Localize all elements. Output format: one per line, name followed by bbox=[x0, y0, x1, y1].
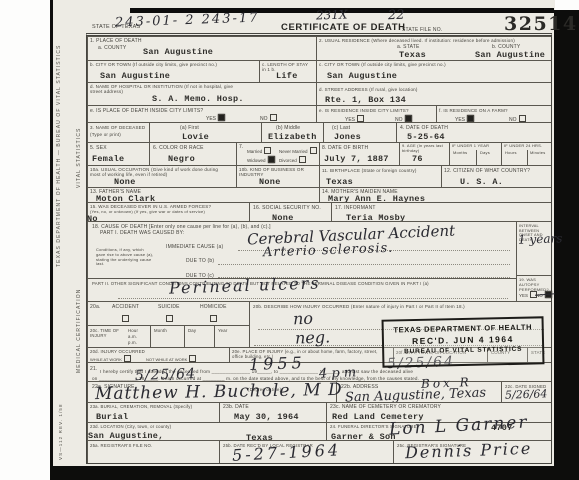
injury-20a-label: 20a. bbox=[90, 304, 101, 310]
divorced-text: Divorced bbox=[279, 158, 297, 163]
place-county-value: San Augustine bbox=[143, 47, 213, 57]
dotted-line bbox=[118, 298, 508, 299]
date-of-death-cell: 4. DATE OF DEATH 5-25-64 bbox=[396, 122, 551, 142]
while-at-work-checkbox bbox=[124, 355, 131, 362]
place-limits-no-option: NO bbox=[260, 114, 277, 122]
middle-name-label: (b) Middle bbox=[276, 125, 300, 131]
margin-medical-certification-text: MEDICAL CERTIFICATION bbox=[76, 258, 82, 373]
residence-city-limits-cell: e. IS RESIDENCE INSIDE CITY LIMITS? YES … bbox=[316, 105, 436, 122]
residence-limits-yes-checkbox bbox=[357, 115, 364, 122]
length-of-stay-cell: c. LENGTH OF STAY in 1 b. Life bbox=[259, 60, 316, 82]
residence-city-cell: c. CITY OR TOWN (If outside city limits,… bbox=[316, 60, 551, 82]
place-limits-no-checkbox bbox=[270, 114, 277, 121]
place-city-value: San Augustine bbox=[100, 71, 170, 81]
ssn-cell: 16. SOCIAL SECURITY NO. None bbox=[249, 202, 331, 221]
first-name-label: (a) First bbox=[180, 125, 199, 131]
residence-farm-no-checkbox bbox=[519, 115, 526, 122]
mother-name-cell: 14. MOTHER'S MAIDEN NAME Mary Ann E. Hay… bbox=[319, 187, 551, 202]
burial-type-cell: 23a. BURIAL, CREMATION, REMOVAL (Specify… bbox=[87, 402, 219, 422]
certificate-title: CERTIFICATE OF DEATH bbox=[281, 22, 406, 33]
how-injury-label: 20b. DESCRIBE HOW INJURY OCCURRED (Enter… bbox=[253, 304, 465, 309]
burial-date-label: 23b. DATE bbox=[223, 404, 249, 410]
interval-value: 1 years bbox=[518, 231, 563, 247]
cemetery-label: 23c. NAME OF CEMETERY OR CREMATORY bbox=[330, 404, 441, 410]
scanned-death-certificate: TEXAS DEPARTMENT OF HEALTH — BUREAU OF V… bbox=[0, 0, 579, 480]
widowed-text: Widowed bbox=[247, 158, 266, 163]
industry-value: None bbox=[259, 177, 281, 187]
date-signed-value: 5/26/64 bbox=[505, 387, 548, 401]
under-24-hrs-label: IF UNDER 24 HRS. bbox=[504, 144, 542, 149]
state-file-number: 32514 bbox=[504, 13, 578, 35]
married-checkbox bbox=[264, 147, 271, 154]
marital-label: 7. bbox=[239, 144, 244, 150]
place-city-limits-cell: e. IS PLACE OF DEATH INSIDE CITY LIMITS?… bbox=[87, 105, 316, 122]
sex-cell: 5. SEX Female bbox=[87, 142, 149, 165]
place-of-death-cell: 1. PLACE OF DEATH a. COUNTY San Augustin… bbox=[87, 36, 316, 60]
citizen-value: U. S. A. bbox=[460, 177, 503, 187]
stamp-line-2: REC'D. JUN 4 1964 bbox=[384, 333, 542, 346]
burial-date-cell: 23b. DATE May 30, 1964 bbox=[219, 402, 326, 422]
date-of-death-value: 5-25-64 bbox=[407, 132, 445, 142]
handwritten-note-1: 231X bbox=[316, 7, 348, 22]
under-24-hrs-cell: IF UNDER 24 HRS. Hours Minutes bbox=[501, 142, 551, 165]
immediate-cause-label: IMMEDIATE CAUSE (a) bbox=[166, 244, 223, 250]
occupation-cell: 10a. USUAL OCCUPATION (Give kind of work… bbox=[87, 165, 236, 187]
occupation-value: None bbox=[114, 177, 136, 187]
last-name-value: Jones bbox=[334, 132, 361, 142]
handwritten-note-2: 22 bbox=[388, 8, 405, 24]
injury-occurred-label: 20d. INJURY OCCURRED bbox=[90, 349, 145, 354]
accident-checkbox bbox=[122, 315, 129, 322]
marital-married-option: Married bbox=[247, 147, 271, 154]
birthplace-label: 11. BIRTHPLACE (State or foreign country… bbox=[322, 168, 417, 173]
yes-text: YES bbox=[519, 293, 528, 298]
residence-farm-yes-checkbox bbox=[467, 115, 474, 122]
citizen-label: 12. CITIZEN OF WHAT COUNTRY? bbox=[444, 168, 530, 174]
certification-number: 21. bbox=[90, 366, 98, 372]
place-limits-label: e. IS PLACE OF DEATH INSIDE CITY LIMITS? bbox=[90, 108, 203, 114]
place-city-label: b. CITY OR TOWN (If outside city limits,… bbox=[90, 62, 217, 67]
race-cell: 6. COLOR OR RACE Negro bbox=[149, 142, 236, 165]
last-name-label: (c) Last bbox=[332, 125, 350, 131]
occupation-label: 10a. USUAL OCCUPATION (Give kind of work… bbox=[90, 167, 230, 178]
name-section-sub: (Type or print) bbox=[90, 132, 121, 137]
attended-from-value: 1955 bbox=[249, 353, 306, 374]
while-at-work-option: WHILE AT WORK bbox=[90, 355, 131, 362]
under-1-year-cell: IF UNDER 1 YEAR Months Days bbox=[449, 142, 501, 165]
due-to-b-label: DUE TO (b) bbox=[186, 258, 214, 264]
ssn-label: 16. SOCIAL SECURITY NO. bbox=[253, 205, 321, 211]
length-of-stay-value: Life bbox=[276, 71, 298, 81]
usual-residence-cell: 2. USUAL RESIDENCE (Where deceased lived… bbox=[316, 36, 551, 60]
pm-label: p.m. bbox=[128, 340, 137, 345]
place-limits-yes-checkbox bbox=[218, 114, 225, 121]
widowed-checkbox bbox=[268, 156, 275, 163]
place-county-label: a. COUNTY bbox=[98, 45, 126, 51]
injury-manner-cell: 20a. ACCIDENT SUICIDE HOMICIDE bbox=[87, 301, 249, 325]
race-label: 6. COLOR OR RACE bbox=[153, 145, 204, 151]
birthplace-value: Texas bbox=[326, 177, 353, 187]
suicide-checkbox bbox=[166, 315, 173, 322]
place-city-cell: b. CITY OR TOWN (If outside city limits,… bbox=[87, 60, 259, 82]
middle-name-cell: (b) Middle Elizabeth bbox=[261, 122, 323, 142]
divider bbox=[214, 326, 215, 347]
sex-value: Female bbox=[92, 154, 124, 164]
residence-section-label: 2. USUAL RESIDENCE (Where deceased lived… bbox=[319, 38, 515, 43]
residence-county-value: San Augustine bbox=[475, 50, 545, 60]
certificate-form: 1. PLACE OF DEATH a. COUNTY San Augustin… bbox=[86, 33, 552, 464]
stamp-line-1: TEXAS DEPARTMENT OF HEALTH bbox=[384, 322, 542, 334]
divider bbox=[476, 150, 477, 165]
street-address-value: Rte. 1, Box 134 bbox=[325, 95, 406, 105]
year-label: Year bbox=[218, 328, 227, 333]
residence-state-value: Texas bbox=[399, 50, 426, 60]
marital-divorced-option: Divorced bbox=[279, 156, 306, 163]
armed-forces-sub-label: (Yes, no, or unknown) (If yes, give war … bbox=[90, 210, 205, 215]
hospital-cell: d. NAME OF HOSPITAL OR INSTITUTION (If n… bbox=[87, 82, 316, 105]
divider bbox=[527, 150, 528, 165]
hour-label: Hour bbox=[128, 328, 138, 333]
stamp-line-3: BUREAU OF VITAL STATISTICS bbox=[384, 345, 542, 355]
time-of-injury-cell: 20c. TIME OF INJURY Hour a.m. p.m. Month… bbox=[87, 325, 249, 347]
birthplace-cell: 11. BIRTHPLACE (State or foreign country… bbox=[319, 165, 441, 187]
autopsy-cell: 19. WAS AUTOPSY PERFORMED? YES NO bbox=[516, 275, 551, 301]
married-text: Married bbox=[247, 149, 262, 154]
scan-edge-bottom bbox=[50, 466, 579, 480]
month-label: Month bbox=[154, 328, 167, 333]
name-label-cell: 3. NAME OF DECEASED (Type or print) bbox=[87, 122, 149, 142]
conditions-note: Conditions, if any, which gave rise to a… bbox=[96, 248, 154, 267]
citizen-cell: 12. CITIZEN OF WHAT COUNTRY? U. S. A. bbox=[441, 165, 551, 187]
father-name-cell: 13. FATHER'S NAME Moton Clark bbox=[87, 187, 319, 202]
homicide-label: HOMICIDE bbox=[200, 304, 227, 310]
under-1-year-label: IF UNDER 1 YEAR bbox=[452, 144, 489, 149]
registrar-file-label: 25a. REGISTRAR'S FILE NO. bbox=[90, 443, 152, 448]
not-while-at-work-checkbox bbox=[189, 355, 196, 362]
am-label: a.m. bbox=[128, 334, 137, 339]
date-of-death-label: 4. DATE OF DEATH bbox=[400, 125, 448, 131]
margin-vital-statistics-text: VITAL STATISTICS bbox=[76, 88, 82, 188]
residence-farm-label: f. IS RESIDENCE ON A FARM? bbox=[439, 108, 508, 113]
place-limits-yes-option: YES bbox=[206, 114, 225, 122]
days-label: Days bbox=[480, 151, 490, 156]
hours-label: Hours bbox=[505, 151, 517, 156]
never-married-checkbox bbox=[310, 147, 317, 154]
age-value: 76 bbox=[412, 154, 423, 164]
middle-name-value: Elizabeth bbox=[268, 132, 317, 142]
never-married-text: Never Married bbox=[279, 149, 308, 154]
age-cell: 9. AGE (In years last birthday) 76 bbox=[399, 142, 449, 165]
accident-label: ACCIDENT bbox=[112, 304, 139, 310]
minutes-label: Minutes bbox=[530, 151, 545, 156]
cause-part1-label: PART I. DEATH WAS CAUSED BY: bbox=[100, 230, 185, 236]
divider bbox=[150, 326, 151, 347]
sex-label: 5. SEX bbox=[90, 145, 107, 151]
hospital-value: S. A. Memo. Hosp. bbox=[152, 94, 244, 104]
residence-city-label: c. CITY OR TOWN (If outside city limits,… bbox=[319, 62, 446, 67]
residence-limits-no-checkbox bbox=[405, 115, 412, 122]
interval-cell: INTERVAL BETWEEN ONSET AND DEATH bbox=[516, 221, 551, 275]
margin-form-number: VS—112 REV. 1/58 bbox=[58, 400, 63, 460]
day-label: Day bbox=[188, 328, 196, 333]
name-section-label: 3. NAME OF DECEASED bbox=[90, 125, 145, 130]
suicide-label: SUICIDE bbox=[158, 304, 180, 310]
margin-department-text: TEXAS DEPARTMENT OF HEALTH — BUREAU OF V… bbox=[56, 42, 62, 267]
first-name-value: Lovie bbox=[182, 132, 209, 142]
registrar-file-cell: 25a. REGISTRAR'S FILE NO. bbox=[87, 440, 219, 463]
how-injury-value-2: neg. bbox=[295, 327, 331, 347]
burial-location-label: 23d. LOCATION (City, town, or county) bbox=[90, 424, 171, 429]
last-name-cell: (c) Last Jones bbox=[323, 122, 396, 142]
race-value: Negro bbox=[168, 154, 195, 164]
residence-farm-cell: f. IS RESIDENCE ON A FARM? YES NO bbox=[436, 105, 551, 122]
received-stamp: TEXAS DEPARTMENT OF HEALTH REC'D. JUN 4 … bbox=[382, 316, 545, 367]
informant-label: 17. INFORMANT bbox=[335, 205, 376, 211]
residence-city-value: San Augustine bbox=[327, 71, 397, 81]
residence-limits-label: e. IS RESIDENCE INSIDE CITY LIMITS? bbox=[319, 108, 409, 113]
date-of-birth-cell: 8. DATE OF BIRTH July 7, 1887 bbox=[319, 142, 399, 165]
scan-edge-left bbox=[50, 0, 53, 466]
date-of-birth-label: 8. DATE OF BIRTH bbox=[322, 145, 368, 151]
homicide-checkbox bbox=[210, 315, 217, 322]
street-address-label: d. STREET ADDRESS (If rural, give locati… bbox=[319, 87, 418, 92]
divorced-checkbox bbox=[299, 156, 306, 163]
not-while-at-work-option: NOT WHILE AT WORK bbox=[146, 355, 196, 362]
industry-cell: 10b. KIND OF BUSINESS OR INDUSTRY None bbox=[236, 165, 319, 187]
dotted-line bbox=[218, 264, 510, 265]
burial-type-value: Burial bbox=[96, 412, 128, 422]
marital-widowed-option: Widowed bbox=[247, 156, 275, 163]
informant-cell: 17. INFORMANT Teria Mosby bbox=[331, 202, 551, 221]
how-injury-value-1: no bbox=[293, 309, 314, 329]
burial-date-value: May 30, 1964 bbox=[234, 412, 299, 422]
street-address-cell: d. STREET ADDRESS (If rural, give locati… bbox=[316, 82, 551, 105]
time-of-injury-label: 20c. TIME OF INJURY bbox=[90, 328, 124, 338]
armed-forces-cell: 15. WAS DECEASED EVER IN U.S. ARMED FORC… bbox=[87, 202, 249, 221]
marital-never-option: Never Married bbox=[279, 147, 317, 154]
burial-type-label: 23a. BURIAL, CREMATION, REMOVAL (Specify… bbox=[90, 404, 192, 409]
first-name-cell: (a) First Lovie bbox=[149, 122, 261, 142]
months-label: Months bbox=[453, 151, 467, 156]
injury-occurred-cell: 20d. INJURY OCCURRED WHILE AT WORK NOT W… bbox=[87, 347, 229, 362]
age-label: 9. AGE (In years last birthday) bbox=[402, 144, 447, 154]
divider bbox=[184, 326, 185, 347]
place-section-label: 1. PLACE OF DEATH bbox=[90, 38, 142, 44]
burial-location-cell: 23d. LOCATION (City, town, or county) Sa… bbox=[87, 422, 326, 440]
date-of-birth-value: July 7, 1887 bbox=[324, 154, 389, 164]
marital-status-cell: 7. Married Never Married Widowed Divorce… bbox=[236, 142, 319, 165]
